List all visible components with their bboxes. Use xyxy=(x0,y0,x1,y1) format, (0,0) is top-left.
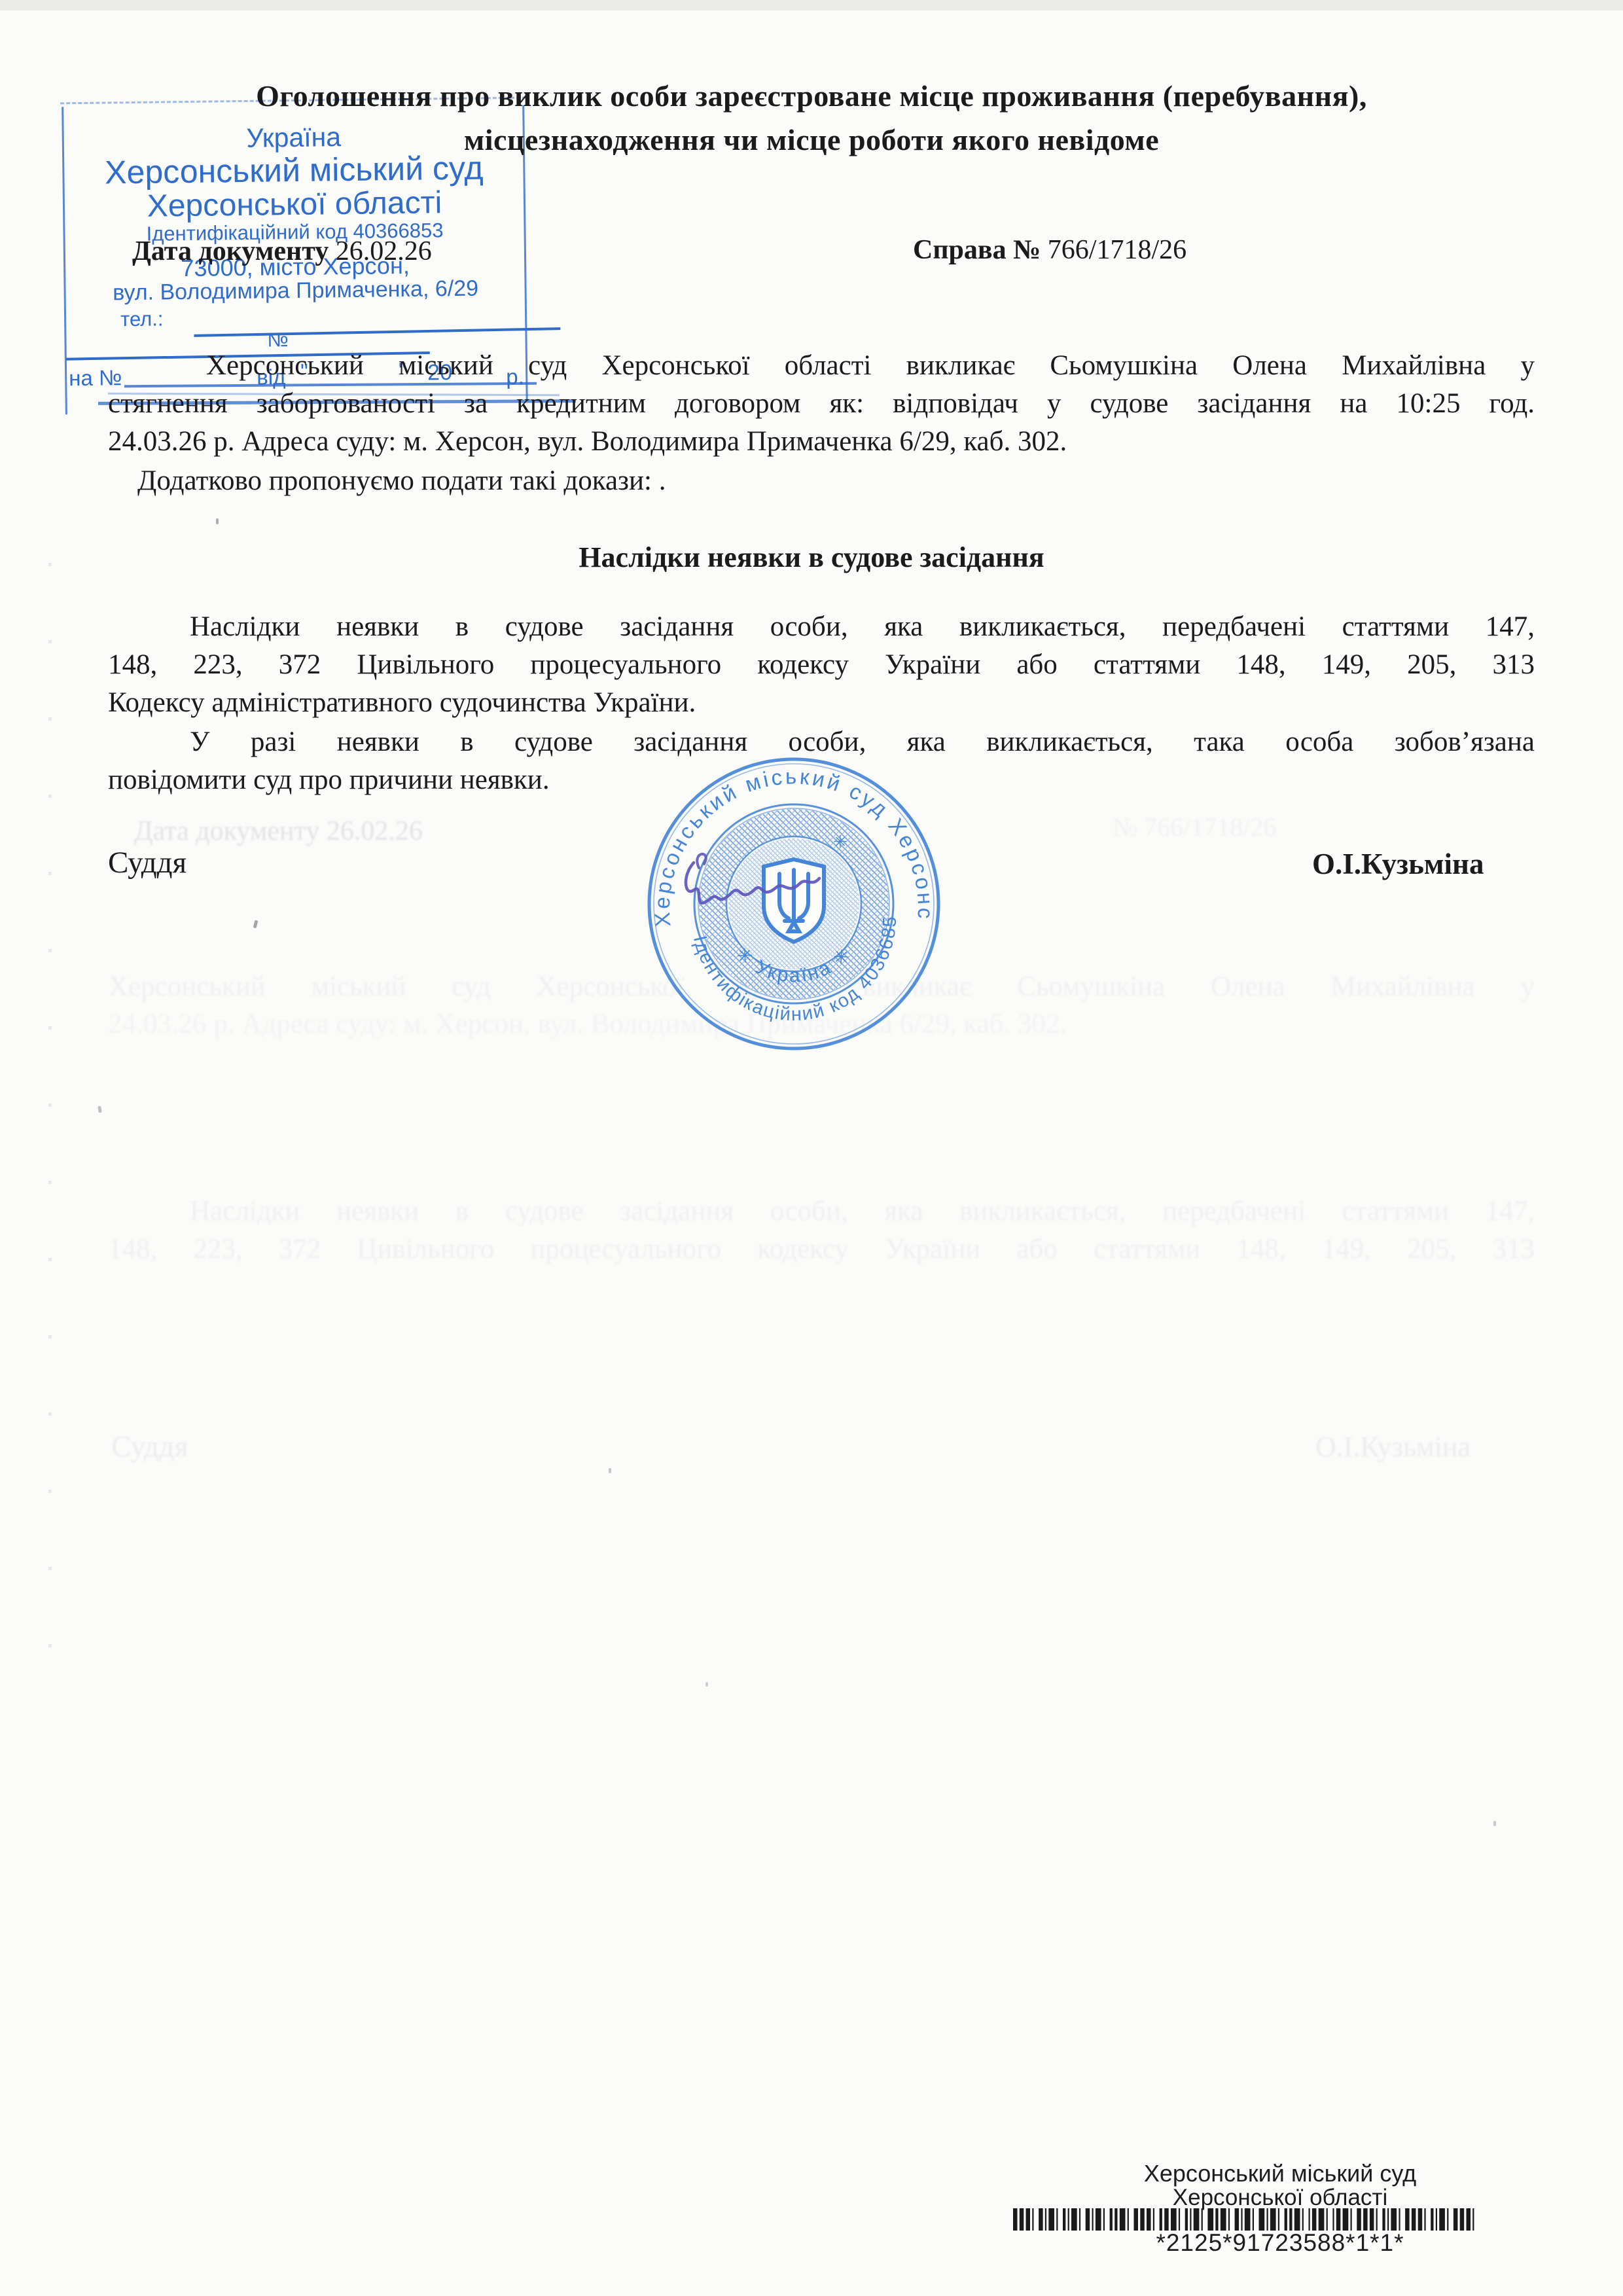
stamp-street-line: вул. Володимира Примаченка, 6/29 xyxy=(62,276,528,307)
scan-speck xyxy=(98,1106,102,1113)
paragraph2-line1: Наслідки неявки в судове засідання особи… xyxy=(108,611,1535,643)
ghost-judge-label: Суддя xyxy=(111,1429,188,1463)
paragraph1-line2: стягнення заборгованості за кредитним до… xyxy=(108,387,1535,420)
scan-speck xyxy=(609,1468,611,1473)
scan-speck xyxy=(253,920,259,929)
case-number-value: 766/1718/26 xyxy=(1048,235,1186,265)
ghost-date-text: Дата документу 26.02.26 xyxy=(134,816,423,847)
ghost-body-line: Наслідки неявки в судове засідання особи… xyxy=(108,1195,1535,1227)
judge-name: О.І.Кузьміна xyxy=(1312,847,1484,881)
footer-court-line1: Херсонський міський суд xyxy=(1047,2160,1513,2187)
paragraph1-line3: 24.03.26 р. Адреса суду: м. Херсон, вул.… xyxy=(108,425,1535,457)
stamp-no-label: № xyxy=(267,329,289,351)
paragraph1-line4: Додатково пропонуємо подати такі докази:… xyxy=(108,465,1535,497)
document-date: Дата документу 26.02.26 xyxy=(132,236,432,267)
stamp-phone-underline xyxy=(194,327,560,337)
scan-left-speck-column xyxy=(48,563,52,1708)
footer-court-line2: Херсонської області xyxy=(1047,2185,1513,2211)
scan-speck xyxy=(1493,1821,1496,1826)
scan-top-edge-band xyxy=(0,0,1623,10)
document-title-line2: місцезнаходження чи місце роботи якого н… xyxy=(0,122,1623,157)
case-number: Справа № 766/1718/26 xyxy=(913,234,1186,266)
document-date-value: 26.02.26 xyxy=(336,236,432,266)
barcode-value: *2125*91723588*1*1* xyxy=(1047,2229,1513,2257)
barcode xyxy=(1013,2208,1479,2231)
document-date-label: Дата документу xyxy=(132,236,329,266)
paragraph3-line1: У разі неявки в судове засідання особи, … xyxy=(108,726,1535,758)
ghost-judge-name: О.І.Кузьміна xyxy=(1315,1430,1471,1463)
paragraph1-line1: Херсонський міський суд Херсонської обла… xyxy=(108,350,1535,382)
ghost-case-text: № 766/1718/26 xyxy=(1113,812,1276,842)
scan-speck xyxy=(216,518,219,524)
ghost-body-line: 148, 223, 372 Цивільного процесуального … xyxy=(108,1233,1535,1265)
section-heading: Наслідки неявки в судове засідання xyxy=(0,541,1623,574)
scan-speck xyxy=(705,1682,708,1687)
judge-signature xyxy=(674,846,838,931)
case-number-label: Справа № xyxy=(913,235,1041,265)
judge-label: Суддя xyxy=(108,845,187,880)
document-title-line1: Оголошення про виклик особи зареєстрован… xyxy=(0,79,1623,113)
paragraph2-line3: Кодексу адміністративного судочинства Ук… xyxy=(108,687,1535,719)
paragraph2-line2: 148, 223, 372 Цивільного процесуального … xyxy=(108,649,1535,681)
stamp-phone-label: тел.: xyxy=(120,307,164,331)
